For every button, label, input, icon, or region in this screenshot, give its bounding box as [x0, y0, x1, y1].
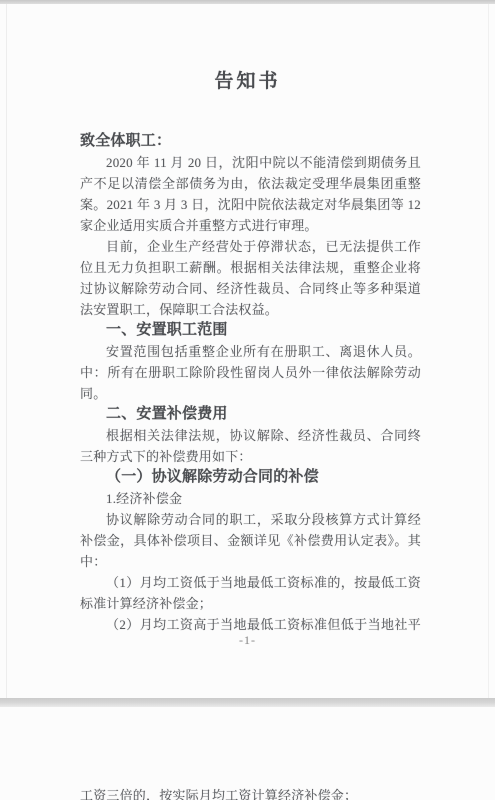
text-line: 同。 — [80, 383, 421, 404]
page-edge-left — [6, 4, 7, 698]
salutation: 致全体职工： — [80, 131, 421, 152]
page-2: 工资三倍的，按实际月均工资计算经济补偿金； — [0, 707, 495, 800]
text-line: 位且无力负担职工薪酬。根据相关法律法规，重整企业将通 — [80, 257, 421, 278]
text-line: 法安置职工，保障职工合法权益。 — [80, 299, 421, 320]
document-body: 致全体职工： 2020 年 11 月 20 日，沈阳中院以不能清偿到期债务且资 … — [80, 131, 421, 635]
text-line: 中： — [80, 551, 421, 572]
section-heading: 一、安置职工范围 — [80, 320, 421, 341]
text-line: 案。2021 年 3 月 3 日，沈阳中院依法裁定对华晨集团等 12 — [80, 194, 421, 215]
section-heading: 二、安置补偿费用 — [80, 404, 421, 425]
text-line: 过协议解除劳动合同、经济性裁员、合同终止等多种渠道依 — [80, 278, 421, 299]
text-line: 三种方式下的补偿费用如下： — [80, 446, 421, 467]
text-line: 协议解除劳动合同的职工，采取分段核算方式计算经济 — [80, 509, 421, 530]
text-line: 根据相关法律法规，协议解除、经济性裁员、合同终止 — [80, 425, 421, 446]
page-number: -1- — [0, 633, 495, 648]
document-title: 告知书 — [0, 66, 495, 93]
text-line: 安置范围包括重整企业所有在册职工、离退休人员。其 — [80, 341, 421, 362]
text-line: 1.经济补偿金 — [80, 488, 421, 509]
text-line: 2020 年 11 月 20 日，沈阳中院以不能清偿到期债务且资 — [80, 152, 421, 173]
text-line: （1）月均工资低于当地最低工资标准的，按最低工资 — [80, 572, 421, 593]
text-line: 工资三倍的，按实际月均工资计算经济补偿金； — [80, 785, 450, 800]
text-line: 产不足以清偿全部债务为由，依法裁定受理华晨集团重整一 — [80, 173, 421, 194]
text-line: 家企业适用实质合并重整方式进行审理。 — [80, 215, 421, 236]
page-edge-right — [488, 4, 489, 698]
text-line: 目前，企业生产经营处于停滞状态，已无法提供工作岗 — [80, 236, 421, 257]
text-line: 中：所有在册职工除阶段性留岗人员外一律依法解除劳动合 — [80, 362, 421, 383]
subsection-heading: （一）协议解除劳动合同的补偿 — [80, 467, 421, 488]
text-line: 标准计算经济补偿金； — [80, 593, 421, 614]
page-1: 告知书 致全体职工： 2020 年 11 月 20 日，沈阳中院以不能清偿到期债… — [0, 4, 495, 698]
text-line: 补偿金，具体补偿项目、金额详见《补偿费用认定表》。其 — [80, 530, 421, 551]
text-line: （2）月均工资高于当地最低工资标准但低于当地社平 — [80, 614, 421, 635]
page-gap — [0, 698, 495, 707]
